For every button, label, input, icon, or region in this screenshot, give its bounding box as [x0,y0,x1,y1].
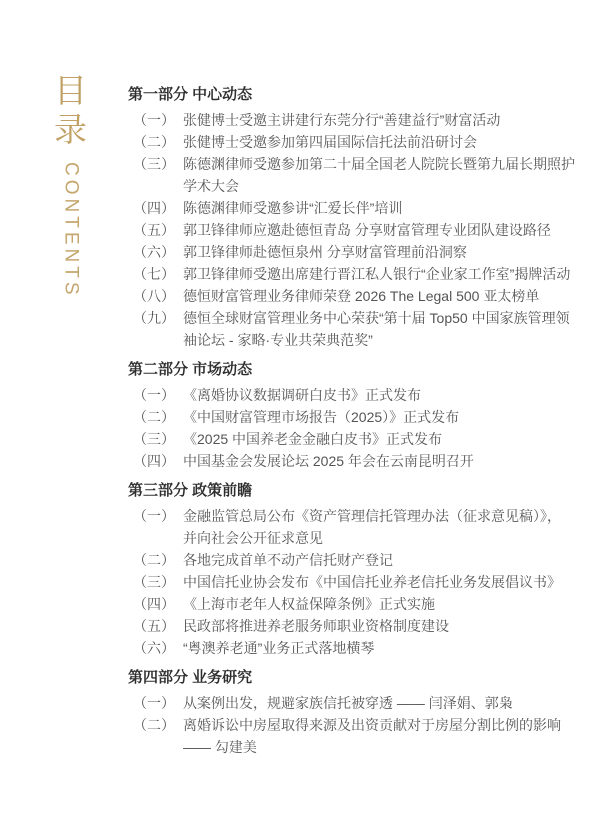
item-marker: （九） [133,307,175,329]
section-heading: 第三部分 政策前瞻 [128,480,578,502]
toc-title-zh-char: 录 [54,110,87,149]
toc-item[interactable]: （四） 中国基金会发展论坛 2025 年会在云南昆明召开 [128,450,578,472]
toc-item[interactable]: （六） 郭卫锋律师赴德恒泉州 分享财富管理前沿洞察 [128,241,578,263]
item-text: 郭卫锋律师赴德恒泉州 分享财富管理前沿洞察 [183,241,578,263]
toc-item[interactable]: （二） 张健博士受邀参加第四届国际信托法前沿研讨会 [128,131,578,153]
item-text-line1: 离婚诉讼中房屋取得来源及出资贡献对于房屋分割比例的影响 [183,717,561,733]
toc-content: 第一部分 中心动态 （一） 张健博士受邀主讲建行东莞分行“善建益行”财富活动 （… [128,84,578,758]
item-text: 中国基金会发展论坛 2025 年会在云南昆明召开 [183,450,578,472]
item-marker: （二） [133,549,175,571]
item-text: 《离婚协议数据调研白皮书》正式发布 [183,384,578,406]
item-marker: （四） [133,450,175,472]
item-marker: （七） [133,263,175,285]
toc-item[interactable]: （七） 郭卫锋律师受邀出席建行晋江私人银行“企业家工作室”揭牌活动 [128,263,578,285]
item-marker: （二） [133,406,175,428]
toc-item[interactable]: （六） “粤澳养老通”业务正式落地横琴 [128,637,578,659]
item-text-line1: 德恒全球财富管理业务中心荣获“第十届 Top50 中国家族管理领 [183,310,570,326]
contents-vertical-label: CONTENTS [60,162,82,299]
toc-item[interactable]: （八） 德恒财富管理业务律师荣登 2026 The Legal 500 亚太榜单 [128,285,578,307]
item-text-line2: —— 勾建美 [183,736,578,758]
item-marker: （三） [133,428,175,450]
toc-item[interactable]: （二） 离婚诉讼中房屋取得来源及出资贡献对于房屋分割比例的影响—— 勾建美 [128,714,578,758]
item-marker: （四） [133,197,175,219]
item-text: 陈德渊律师受邀参讲“汇爱长伴”培训 [183,197,578,219]
toc-item[interactable]: （一） 《离婚协议数据调研白皮书》正式发布 [128,384,578,406]
item-text: 德恒全球财富管理业务中心荣获“第十届 Top50 中国家族管理领袖论坛 - 家略… [183,307,578,351]
toc-item[interactable]: （五） 郭卫锋律师应邀赴德恒青岛 分享财富管理专业团队建设路径 [128,219,578,241]
toc-section-3: 第三部分 政策前瞻 （一） 金融监管总局公布《资产管理信托管理办法（征求意见稿）… [128,480,578,659]
item-marker: （一） [133,384,175,406]
item-text-line2: 并向社会公开征求意见 [183,527,578,549]
item-marker: （五） [133,615,175,637]
item-text-line2: 袖论坛 - 家略·专业共荣典范奖” [183,329,578,351]
item-text: 离婚诉讼中房屋取得来源及出资贡献对于房屋分割比例的影响—— 勾建美 [183,714,578,758]
item-text: 各地完成首单不动产信托财产登记 [183,549,578,571]
section-heading: 第二部分 市场动态 [128,359,578,381]
item-marker: （三） [133,571,175,593]
item-marker: （一） [133,505,175,527]
toc-item[interactable]: （九） 德恒全球财富管理业务中心荣获“第十届 Top50 中国家族管理领袖论坛 … [128,307,578,351]
item-text-line1: 金融监管总局公布《资产管理信托管理办法（征求意见稿）》， [183,508,561,524]
toc-item[interactable]: （三） 陈德渊律师受邀参加第二十届全国老人院院长暨第九届长期照护学术大会 [128,153,578,197]
item-text: 《2025 中国养老金金融白皮书》正式发布 [183,428,578,450]
item-text: 张健博士受邀参加第四届国际信托法前沿研讨会 [183,131,578,153]
item-text-line2: 学术大会 [183,175,578,197]
item-marker: （三） [133,153,175,175]
toc-item[interactable]: （四） 陈德渊律师受邀参讲“汇爱长伴”培训 [128,197,578,219]
vertical-title: 目 录 CONTENTS [54,71,87,299]
toc-item[interactable]: （四） 《上海市老年人权益保障条例》正式实施 [128,593,578,615]
toc-item[interactable]: （三） 《2025 中国养老金金融白皮书》正式发布 [128,428,578,450]
item-text: 《中国财富管理市场报告（2025）》正式发布 [183,406,578,428]
item-text-line1: 陈德渊律师受邀参加第二十届全国老人院院长暨第九届长期照护 [183,156,575,172]
item-text: 《上海市老年人权益保障条例》正式实施 [183,593,578,615]
item-text: 郭卫锋律师受邀出席建行晋江私人银行“企业家工作室”揭牌活动 [183,263,578,285]
item-marker: （六） [133,637,175,659]
item-marker: （四） [133,593,175,615]
toc-item[interactable]: （一） 张健博士受邀主讲建行东莞分行“善建益行”财富活动 [128,109,578,131]
item-text: 德恒财富管理业务律师荣登 2026 The Legal 500 亚太榜单 [183,285,578,307]
section-heading: 第一部分 中心动态 [128,84,578,106]
toc-section-1: 第一部分 中心动态 （一） 张健博士受邀主讲建行东莞分行“善建益行”财富活动 （… [128,84,578,351]
item-marker: （二） [133,131,175,153]
item-marker: （五） [133,219,175,241]
item-marker: （一） [133,692,175,714]
item-text: 中国信托业协会发布《中国信托业养老信托业务发展倡议书》 [183,571,578,593]
item-marker: （八） [133,285,175,307]
item-text: 民政部将推进养老服务师职业资格制度建设 [183,615,578,637]
item-marker: （一） [133,109,175,131]
item-text: “粤澳养老通”业务正式落地横琴 [183,637,578,659]
toc-item[interactable]: （二） 各地完成首单不动产信托财产登记 [128,549,578,571]
toc-item[interactable]: （二） 《中国财富管理市场报告（2025）》正式发布 [128,406,578,428]
item-text: 从案例出发，规避家族信托被穿透 —— 闫泽娟、郭枭 [183,692,578,714]
toc-item[interactable]: （一） 从案例出发，规避家族信托被穿透 —— 闫泽娟、郭枭 [128,692,578,714]
toc-section-4: 第四部分 业务研究 （一） 从案例出发，规避家族信托被穿透 —— 闫泽娟、郭枭 … [128,667,578,758]
item-text: 陈德渊律师受邀参加第二十届全国老人院院长暨第九届长期照护学术大会 [183,153,578,197]
toc-title-zh-char: 目 [54,71,87,110]
toc-item[interactable]: （一） 金融监管总局公布《资产管理信托管理办法（征求意见稿）》，并向社会公开征求… [128,505,578,549]
item-text: 郭卫锋律师应邀赴德恒青岛 分享财富管理专业团队建设路径 [183,219,578,241]
item-marker: （二） [133,714,175,736]
toc-page: 目 录 CONTENTS 第一部分 中心动态 （一） 张健博士受邀主讲建行东莞分… [0,0,600,814]
item-text: 张健博士受邀主讲建行东莞分行“善建益行”财富活动 [183,109,578,131]
item-marker: （六） [133,241,175,263]
toc-item[interactable]: （三） 中国信托业协会发布《中国信托业养老信托业务发展倡议书》 [128,571,578,593]
toc-section-2: 第二部分 市场动态 （一） 《离婚协议数据调研白皮书》正式发布 （二） 《中国财… [128,359,578,472]
section-heading: 第四部分 业务研究 [128,667,578,689]
toc-item[interactable]: （五） 民政部将推进养老服务师职业资格制度建设 [128,615,578,637]
item-text: 金融监管总局公布《资产管理信托管理办法（征求意见稿）》，并向社会公开征求意见 [183,505,578,549]
